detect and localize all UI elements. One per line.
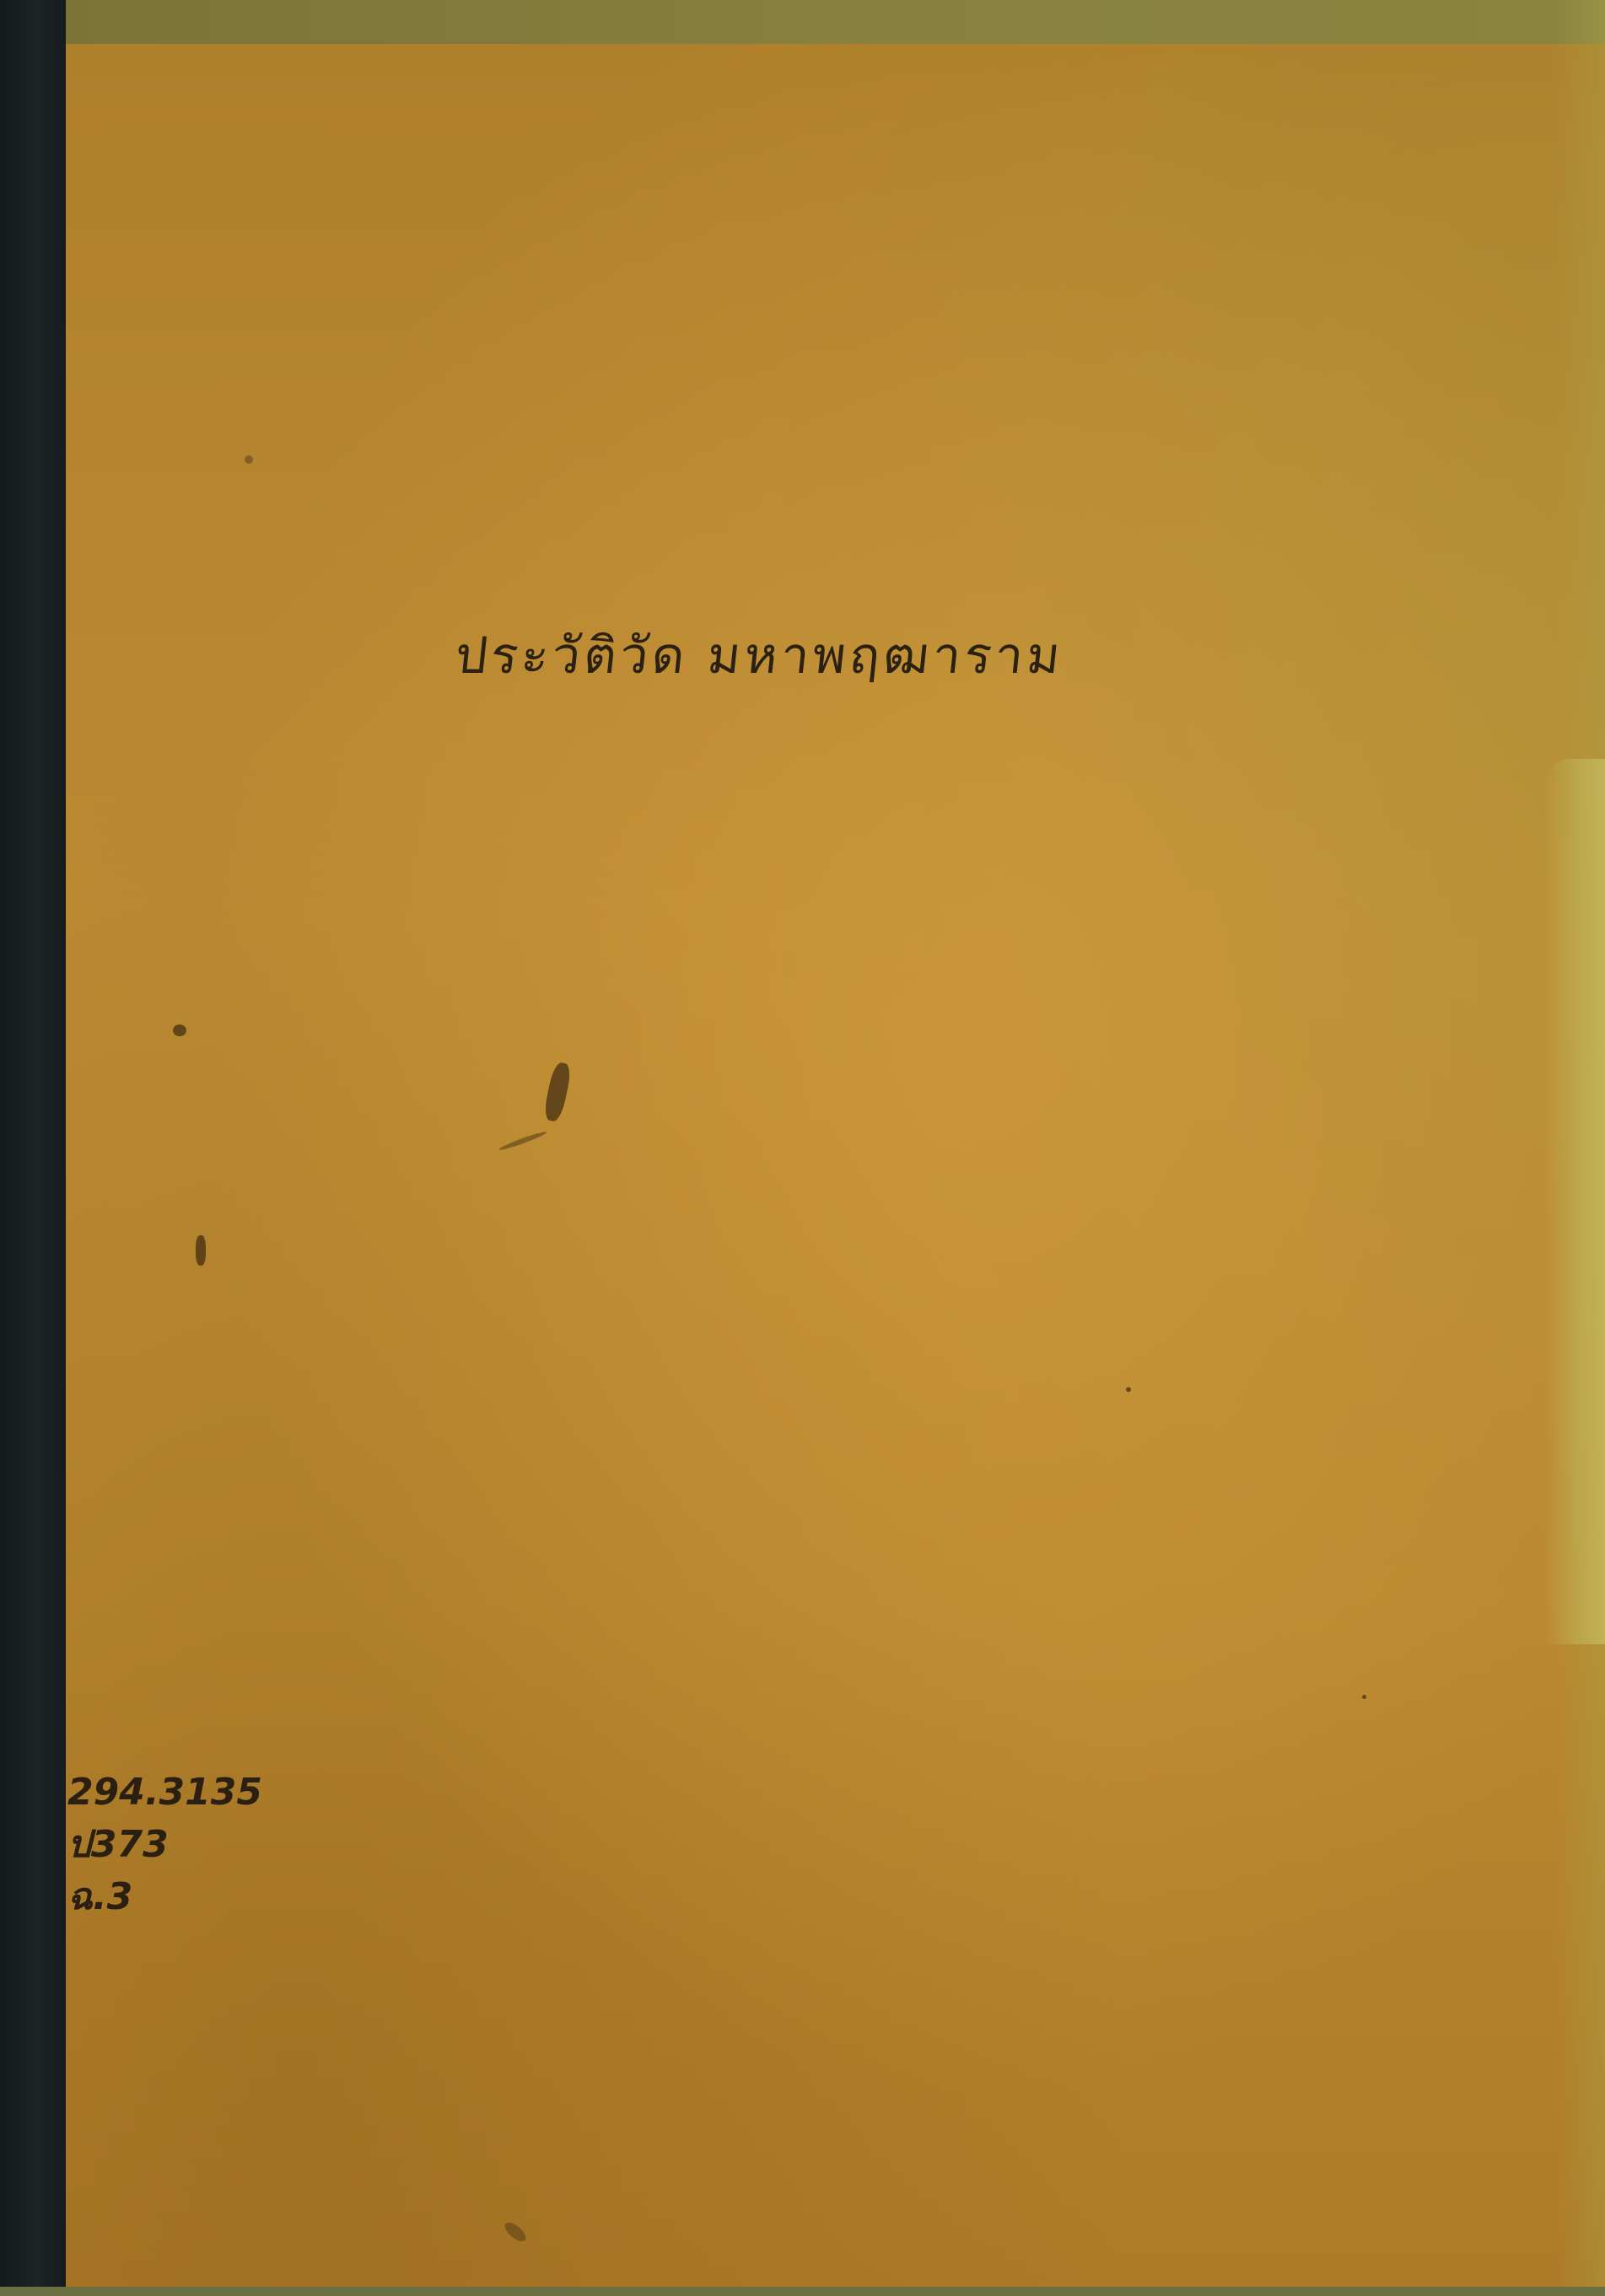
call-number-line-3: ฉ.3 [67, 1871, 262, 1923]
book-cover [66, 0, 1605, 2287]
cover-top-strip [66, 0, 1605, 44]
cover-fold [1543, 759, 1605, 1644]
handwritten-title: ประวัติวัด มหาพฤฒาราม [451, 616, 1134, 696]
book-spine [0, 0, 66, 2296]
ink-spot [245, 455, 253, 464]
ink-stain [173, 1024, 186, 1036]
call-number-label: 294.3135 ป373 ฉ.3 [67, 1766, 262, 1923]
cover-bottom-edge [0, 2287, 1605, 2296]
call-number-line-1: 294.3135 [67, 1766, 262, 1819]
ink-spot [1126, 1387, 1131, 1392]
ink-stain [196, 1235, 206, 1266]
call-number-line-2: ป373 [67, 1819, 262, 1871]
ink-spot [1362, 1695, 1366, 1699]
